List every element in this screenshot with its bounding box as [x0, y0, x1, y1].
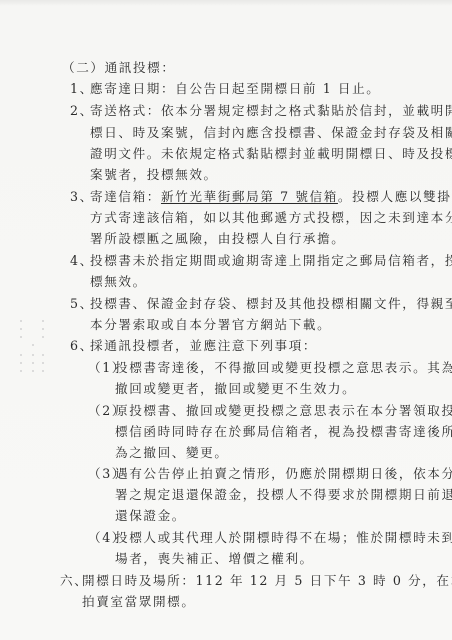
subitem-text: 撤回或變更者，撤回或變更不生效力。	[115, 381, 356, 397]
subitem-text: 遇有公告停止拍賣之情形，仍應於開標期日後，依本分	[115, 466, 452, 482]
item-text: 寄送格式：依本分署規定標封之格式黏貼於信封，並載明開	[90, 103, 452, 119]
item-text: 標日、時及案號，信封內應含投標書、保證金封存袋及相關	[90, 125, 452, 141]
item-text: 案號者，投標無效。	[90, 167, 218, 183]
subitem-text: 署之規定退還保證金，投標人不得要求於開標期日前退	[115, 487, 452, 503]
item-text: 證明文件。未依規定格式黏貼標封並載明開標日、時及投標	[90, 146, 452, 162]
mailbox-address: 新竹光華街郵局第 7 號信箱	[161, 189, 338, 204]
subitem-text: 標信函時同時存在於郵局信箱者，視為投標書寄達後所	[115, 424, 452, 440]
item-text: 本分署索取或自本分署官方網站下載。	[90, 317, 331, 333]
subitem-text: 為之撤回、變更。	[115, 445, 229, 461]
binder-hole-marks	[18, 318, 48, 378]
subitem-text: 投標人或其代理人於開標時得不在場；惟於開標時未到	[115, 530, 452, 546]
item-text: 採通訊投標者，並應注意下列事項：	[90, 338, 317, 354]
item-text: 署所設標匭之風險，由投標人自行承擔。	[90, 231, 346, 247]
item-text: 方式寄達該信箱，如以其他郵遞方式投標，因之未到達本分	[90, 210, 452, 226]
subitem-text: 還保證金。	[115, 508, 186, 524]
item-text: 應寄達日期：自公告日起至開標日前 1 日止。	[90, 81, 381, 97]
subitem-text: 投標書寄達後，不得撤回或變更投標之意思表示。其為	[115, 360, 452, 376]
item-text: 投標書未於指定期間或逾期寄達上開指定之郵局信箱者，投	[90, 253, 452, 269]
item-prefix: 寄達信箱：	[90, 189, 161, 204]
subitem-text: 原投標書、撤回或變更投標之意思表示在本分署領取投	[115, 403, 452, 419]
item-suffix: 。投標人應以雙掛號	[338, 189, 452, 204]
section-heading: （二）通訊投標：	[62, 60, 176, 76]
item-text: 投標書、保證金封存袋、標封及其他投標相關文件，得親至	[90, 296, 452, 312]
document-page: （二）通訊投標： 1、 應寄達日期：自公告日起至開標日前 1 日止。 2、 寄送…	[0, 0, 452, 640]
item-text: 寄達信箱：新竹光華街郵局第 7 號信箱。投標人應以雙掛號	[90, 189, 452, 205]
subitem-text: 場者，喪失補正、增價之權利。	[115, 551, 314, 567]
item-text: 標無效。	[90, 274, 147, 290]
